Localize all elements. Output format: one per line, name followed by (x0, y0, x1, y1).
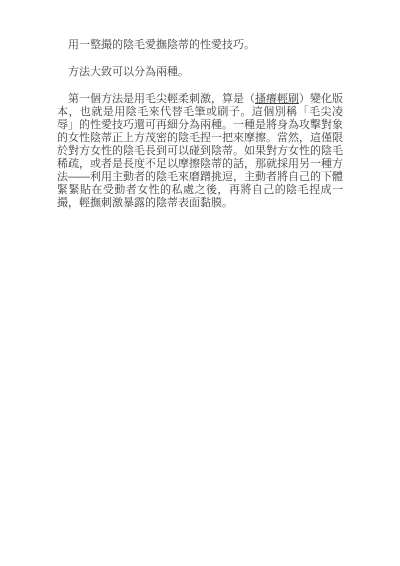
paragraph-methods: 方法大致可以分為兩種。 (57, 66, 343, 79)
paragraph-detail: 第一個方法是用毛尖輕柔刺激，算是（搔癢輕刷）變化版本，也就是用陰毛來代替毛筆或刷… (57, 93, 343, 210)
inline-link[interactable]: 搔癢輕刷 (255, 93, 299, 105)
document-page: 用一整撮的陰毛愛撫陰蒂的性愛技巧。 方法大致可以分為兩種。 第一個方法是用毛尖輕… (0, 0, 400, 566)
paragraph-intro: 用一整撮的陰毛愛撫陰蒂的性愛技巧。 (57, 39, 343, 52)
paragraph-detail-after-link: ）變化版本，也就是用陰毛來代替毛筆或刷子。這個別稱「毛尖凌辱」的性愛技巧還可再細… (57, 93, 343, 209)
paragraph-detail-before-link: 第一個方法是用毛尖輕柔刺激，算是（ (68, 93, 255, 105)
